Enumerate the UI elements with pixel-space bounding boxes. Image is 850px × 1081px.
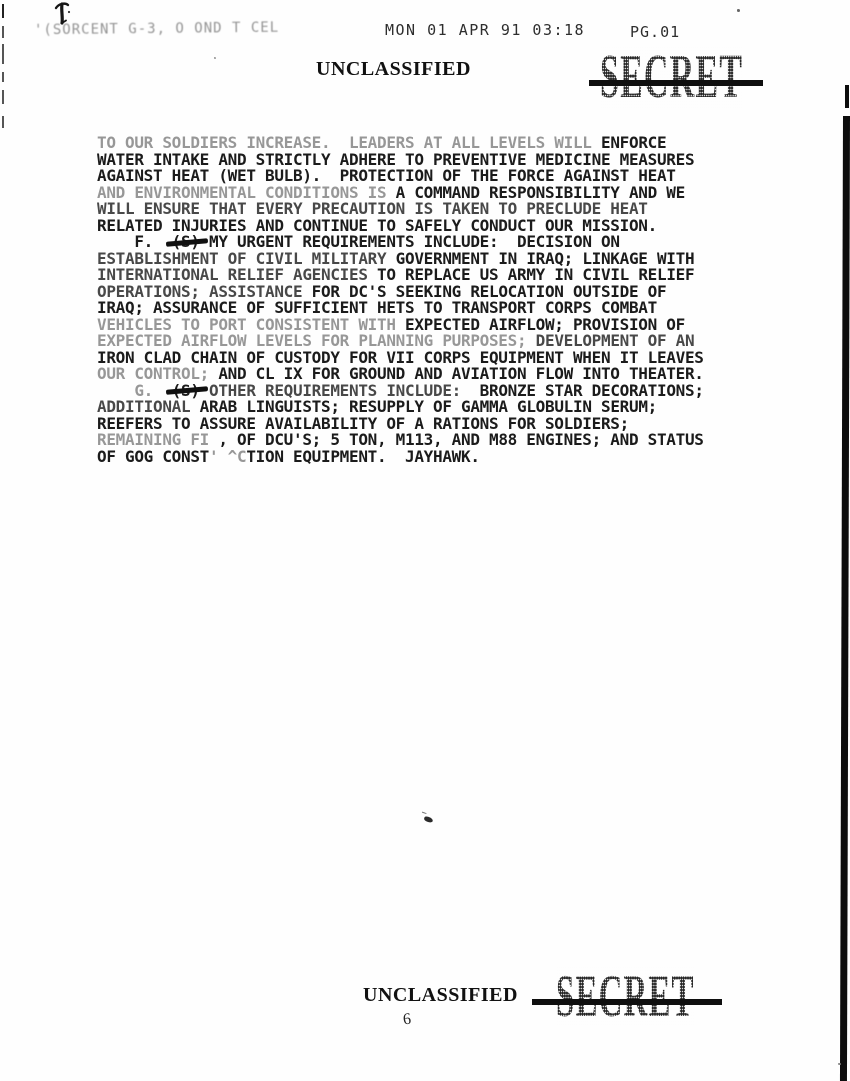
body-line: EXPECTED AIRFLOW LEVELS FOR PLANNING PUR… — [97, 333, 797, 350]
fax-timestamp: MON 01 APR 91 03:18 — [385, 21, 585, 39]
page-number: 6 — [402, 1011, 412, 1030]
body-text-segment: OF GOG CONST — [97, 447, 209, 466]
scan-edge-artifact — [845, 85, 849, 108]
body-text-segment: OTHER REQUIREMENTS INCLUDE: — [209, 381, 461, 400]
body-line: WILL ENSURE THAT EVERY PRECAUTION IS TAK… — [97, 201, 797, 218]
scan-edge-artifact — [2, 44, 4, 64]
ink-speck — [737, 9, 740, 12]
scan-edge-artifact — [2, 4, 4, 18]
body-text-segment: ' ^C — [209, 447, 246, 466]
scan-edge-artifact — [2, 90, 4, 104]
classification-banner-bottom: UNCLASSIFIED — [363, 984, 518, 1007]
ink-speck — [423, 816, 433, 824]
declassification-strike-bottom — [532, 999, 722, 1005]
body-text-segment: REMAINING FI — [97, 430, 218, 449]
fax-sender-line: '(SORCENT G-3, O OND T CEL — [34, 20, 279, 39]
body-text: TO OUR SOLDIERS INCREASE. LEADERS AT ALL… — [97, 135, 797, 465]
fax-page-indicator: PG.01 — [630, 23, 680, 41]
declassification-strike-top — [589, 80, 763, 86]
body-text-segment: ADDITIONAL — [97, 397, 200, 416]
body-text-segment: OPERATIONS; ASSISTANCE — [97, 282, 312, 301]
scan-edge-artifact — [2, 116, 4, 128]
scan-edge-artifact — [2, 72, 4, 82]
body-line: OF GOG CONST' ^CTION EQUIPMENT. JAYHAWK. — [97, 449, 797, 466]
ink-speck — [838, 1063, 841, 1065]
ink-speck — [214, 57, 216, 59]
body-text-segment: WILL ENSURE THAT EVERY PRECAUTION IS TAK… — [97, 199, 648, 218]
scan-edge-artifact — [840, 116, 850, 1081]
secret-stamp-bottom: SECRET — [556, 966, 695, 1026]
secret-stamp-top: SECRET — [600, 46, 743, 108]
body-text-segment: TO OUR SOLDIERS INCREASE. LEADERS AT ALL… — [97, 133, 601, 152]
classification-banner-top: UNCLASSIFIED — [316, 58, 471, 81]
body-text-segment: DEVELOPMENT OF AN — [536, 331, 695, 350]
scan-edge-artifact — [2, 26, 4, 38]
body-text-segment: EXPECTED AIRFLOW LEVELS FOR PLANNING PUR… — [97, 331, 536, 350]
body-text-segment: TION EQUIPMENT. JAYHAWK. — [246, 447, 479, 466]
scanned-document-page: '(SORCENT G-3, O OND T CEL MON 01 APR 91… — [0, 0, 850, 1081]
